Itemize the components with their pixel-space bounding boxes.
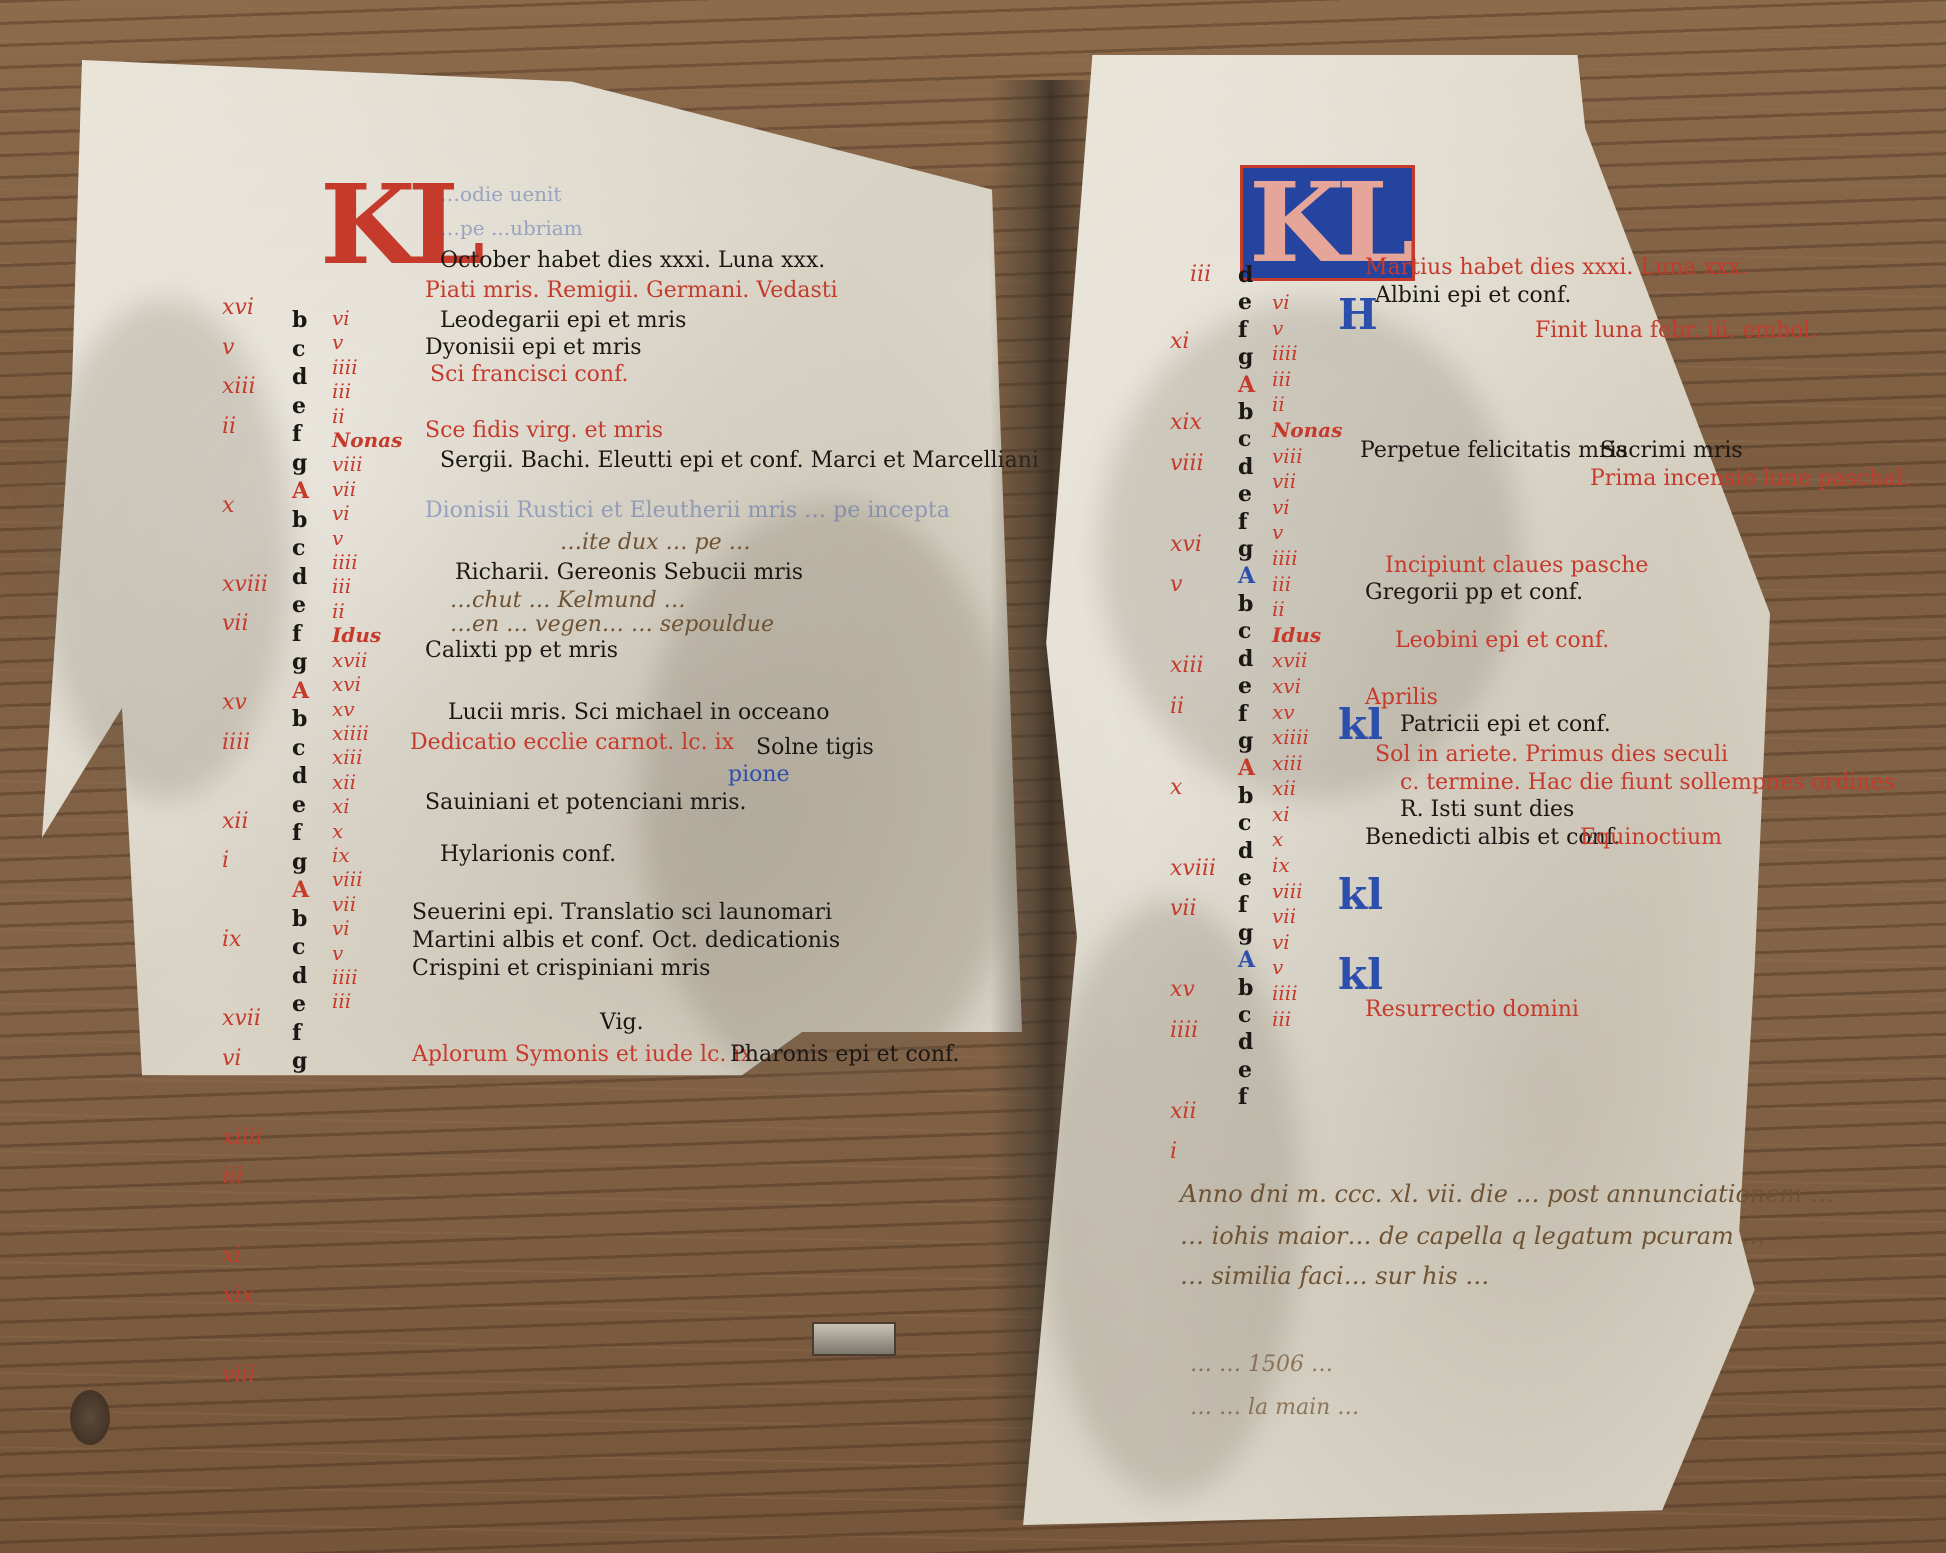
day-count: vi [332, 916, 402, 940]
day-count: viii [332, 867, 402, 891]
day-count: x [332, 819, 402, 843]
day-count: xiii [332, 745, 402, 769]
entry: Perpetue felicitatis mris [1360, 438, 1628, 463]
entry: Sce fidis virg. et mris [425, 418, 663, 443]
golden-number: xv [1170, 970, 1216, 1011]
dominical-letter: f [1238, 509, 1255, 536]
later-inscription-line: Anno dni m. ccc. xl. vii. die … post ann… [1180, 1180, 1834, 1208]
dominical-letter: f [1238, 701, 1255, 728]
entry-vigil: Vig. [600, 1010, 644, 1035]
golden-number: xii [222, 802, 268, 842]
day-count: vi [332, 306, 402, 330]
dominical-letter: g [1238, 344, 1255, 371]
golden-number: xix [1170, 403, 1216, 444]
golden-number: xi [222, 1236, 268, 1276]
entry: Dyonisii epi et mris [425, 335, 642, 360]
day-count: vi [1272, 930, 1342, 956]
kl-blue-mark: H [1338, 290, 1378, 339]
golden-number: xvi [1170, 525, 1216, 566]
golden-number: iiii [222, 723, 268, 763]
dominical-letter-a: A [1238, 563, 1255, 590]
dominical-letter: c [1238, 1002, 1255, 1029]
dominical-letter-a: A [292, 876, 309, 905]
day-count: vi [332, 501, 402, 525]
entry: Leodegarii epi et mris [440, 308, 686, 333]
day-count: ii [1272, 392, 1342, 418]
day-count: viii [332, 452, 402, 476]
golden-number: xii [1170, 1092, 1216, 1133]
golden-number: iii [1190, 262, 1211, 287]
dominical-letter: d [292, 363, 309, 392]
entry: Sergii. Bachi. Eleutti epi et conf. Marc… [440, 448, 1039, 473]
day-count: xv [332, 697, 402, 721]
day-count: xi [332, 794, 402, 818]
golden-number: xviii [1170, 849, 1216, 890]
day-count: xii [1272, 776, 1342, 802]
side-note: Prima incensio lune paschal. [1590, 466, 1910, 491]
idus-marker: Idus [1272, 623, 1342, 649]
golden-number: x [1170, 768, 1216, 809]
day-count: iii [332, 574, 402, 598]
dominical-letter: g [292, 848, 309, 877]
day-count: iiii [1272, 341, 1342, 367]
dominical-letter: f [292, 420, 309, 449]
golden-number: xiiii [222, 1118, 268, 1158]
day-count: xii [332, 770, 402, 794]
day-count: xi [1272, 802, 1342, 828]
golden-number: ii [222, 407, 268, 447]
idus-marker: Idus [332, 623, 402, 647]
day-count: v [1272, 955, 1342, 981]
dominical-letter: d [1238, 1029, 1255, 1056]
entry: Resurrectio domini [1365, 997, 1579, 1022]
dominical-letters-left: b c d e f g A b c d e f g A b c d e f g … [292, 306, 309, 1076]
entry-month-rubric: October habet dies xxxi. Luna xxx. [440, 248, 825, 273]
day-count: iii [332, 379, 402, 403]
dominical-letter: e [1238, 289, 1255, 316]
entry: Aplorum Symonis et iude lc. ix [412, 1042, 753, 1067]
kl-blue-mark: kl [1338, 950, 1383, 999]
golden-numbers-left: xvi v xiii ii x xviii vii xv iiii xii i … [222, 288, 268, 1394]
dominical-letters-right: d e f g A b c d e f g A b c d e f g A b … [1238, 262, 1255, 1112]
dominical-letter: b [1238, 975, 1255, 1002]
day-count: vii [332, 477, 402, 501]
dominical-letter: f [292, 1019, 309, 1048]
day-count: ii [332, 599, 402, 623]
kl-blue-mark: kl [1338, 870, 1383, 919]
entry: Leobini epi et conf. [1395, 628, 1609, 653]
day-count: iii [1272, 367, 1342, 393]
metal-plate [812, 1322, 896, 1356]
roman-day-counts-right: vi v iiii iii ii Nonas viii vii vi v iii… [1272, 290, 1342, 1032]
day-count: xvi [332, 672, 402, 696]
entry-month-rubric: Martius habet dies xxxi. Luna xxx. [1365, 255, 1748, 280]
day-count: xiiii [332, 721, 402, 745]
dominical-letter: c [292, 534, 309, 563]
entry: Hylarionis conf. [440, 842, 616, 867]
dominical-letter: c [292, 335, 309, 364]
golden-number: v [1170, 565, 1216, 606]
later-inscription-line: … similia faci… sur his … [1180, 1262, 1489, 1290]
dominical-letter: d [292, 962, 309, 991]
dominical-letter: f [292, 819, 309, 848]
side-note: Equinoctium [1580, 825, 1722, 850]
golden-number: xiii [222, 367, 268, 407]
dominical-letter: d [292, 563, 309, 592]
side-note: pione [728, 762, 790, 787]
day-count: viii [1272, 879, 1342, 905]
golden-numbers-right: xi xix viii xvi v xiii ii x xviii vii xv… [1170, 322, 1216, 1173]
entry: Patricii epi et conf. [1400, 712, 1611, 737]
day-count: vii [332, 892, 402, 916]
marginal-note: …en … vegen… … sepouldue [450, 612, 774, 637]
roman-day-counts-left: vi v iiii iii ii Nonas viii vii vi v iii… [332, 306, 402, 1014]
day-count: vi [1272, 290, 1342, 316]
entry: Sauiniani et potenciani mris. [425, 790, 747, 815]
dominical-letter: f [1238, 892, 1255, 919]
dominical-letter: e [1238, 1057, 1255, 1084]
golden-number: iiii [1170, 1011, 1216, 1052]
dominical-letter: c [292, 933, 309, 962]
dominical-letter: d [1238, 262, 1255, 289]
golden-number: viii [1170, 444, 1216, 485]
day-count: xvii [1272, 648, 1342, 674]
dominical-letter: b [292, 905, 309, 934]
day-count: iiii [332, 550, 402, 574]
dominical-letter: c [1238, 426, 1255, 453]
nonas-marker: Nonas [1272, 418, 1342, 444]
day-count: ix [1272, 853, 1342, 879]
golden-number: xi [1170, 322, 1216, 363]
dominical-letter: g [292, 648, 309, 677]
golden-number: ix [222, 920, 268, 960]
entry: Sci francisci conf. [430, 362, 628, 387]
later-inscription-line: … iohis maior… de capella q legatum pcur… [1180, 1222, 1765, 1250]
entry: Piati mris. Remigii. Germani. Vedasti [425, 278, 838, 303]
dominical-letter: d [292, 762, 309, 791]
day-count: vii [1272, 904, 1342, 930]
dominical-letter-a: A [1238, 372, 1255, 399]
dominical-letter: f [292, 620, 309, 649]
golden-number: vi [222, 1039, 268, 1079]
golden-number: xix [222, 1276, 268, 1316]
golden-number: xvi [222, 288, 268, 328]
entry: Albini epi et conf. [1375, 283, 1571, 308]
golden-number: xviii [222, 565, 268, 605]
entry: Gregorii pp et conf. [1365, 580, 1583, 605]
day-count: iiii [1272, 546, 1342, 572]
entry: Crispini et crispiniani mris [412, 956, 710, 981]
entry: Lucii mris. Sci michael in occeano [448, 700, 829, 725]
dominical-letter: b [1238, 783, 1255, 810]
dominical-letter: e [1238, 673, 1255, 700]
faint-line: …pe ...ubriam [440, 212, 583, 246]
entry: Richarii. Gereonis Sebucii mris [455, 560, 803, 585]
day-count: xiii [1272, 751, 1342, 777]
day-count: viii [1272, 444, 1342, 470]
dominical-letter-a: A [1238, 755, 1255, 782]
dominical-letter: c [1238, 618, 1255, 645]
golden-number: xiii [1170, 646, 1216, 687]
day-count: ii [332, 404, 402, 428]
dominical-letter: d [1238, 454, 1255, 481]
day-count: xiiii [1272, 725, 1342, 751]
dominical-letter: b [1238, 399, 1255, 426]
golden-number: iii [222, 1157, 268, 1197]
golden-number: v [222, 328, 268, 368]
faint-heading-lines: …odie uenit …pe ...ubriam [440, 178, 583, 245]
dominical-letter: e [292, 591, 309, 620]
day-count: v [1272, 520, 1342, 546]
golden-number: vii [1170, 889, 1216, 930]
golden-number: i [222, 841, 268, 881]
golden-number: viii [222, 1355, 268, 1395]
dominical-letter: d [1238, 646, 1255, 673]
dominical-letter: b [1238, 591, 1255, 618]
bottom-scrawl: … … 1506 … [1190, 1352, 1333, 1377]
dominical-letter: c [292, 734, 309, 763]
marginal-note: …chut … Kelmund … [450, 588, 686, 613]
day-count: iii [1272, 572, 1342, 598]
golden-number: ii [1170, 687, 1216, 728]
day-count: vii [1272, 469, 1342, 495]
dominical-letter-a: A [1238, 947, 1255, 974]
dominical-letter-a: A [292, 677, 309, 706]
day-count: xv [1272, 700, 1342, 726]
golden-number: xv [222, 683, 268, 723]
dominical-letter: g [1238, 536, 1255, 563]
day-count: v [332, 526, 402, 550]
dominical-letter: c [1238, 810, 1255, 837]
dominical-letter: f [1238, 1084, 1255, 1111]
dominical-letter: b [292, 506, 309, 535]
entry: Martini albis et conf. Oct. dedicationis [412, 928, 840, 953]
wood-knot [70, 1390, 110, 1445]
entry-april-marker: Aprilis [1365, 685, 1438, 710]
entry: Calixti pp et mris [425, 638, 618, 663]
golden-number: x [222, 486, 268, 526]
side-note: Pharonis epi et conf. [730, 1042, 959, 1067]
golden-number: vii [222, 604, 268, 644]
dominical-letter: g [292, 449, 309, 478]
day-count: iiii [332, 965, 402, 989]
day-count: v [1272, 316, 1342, 342]
day-count: iiii [332, 355, 402, 379]
dominical-letter: b [292, 705, 309, 734]
day-count: v [332, 330, 402, 354]
marginal-note: …ite dux … pe … [560, 530, 751, 555]
bottom-scrawl: … … la main … [1190, 1395, 1359, 1420]
dominical-letter: e [292, 990, 309, 1019]
dominical-letter-a: A [292, 477, 309, 506]
dominical-letter: e [292, 791, 309, 820]
entry: Seuerini epi. Translatio sci launomari [412, 900, 832, 925]
dominical-letter: b [292, 306, 309, 335]
side-note: Solne tigis [756, 735, 874, 760]
nonas-marker: Nonas [332, 428, 402, 452]
faint-line: …odie uenit [440, 178, 583, 212]
entry-erased: Dionisii Rustici et Eleutherii mris … pe… [425, 498, 950, 523]
day-count: iiii [1272, 981, 1342, 1007]
dominical-letter: e [292, 392, 309, 421]
golden-number: xvii [222, 999, 268, 1039]
dominical-letter: g [1238, 728, 1255, 755]
dominical-letter: e [1238, 865, 1255, 892]
dominical-letter: d [1238, 838, 1255, 865]
day-count: xvii [332, 648, 402, 672]
day-count: ii [1272, 597, 1342, 623]
entry: Incipiunt claues pasche [1385, 553, 1648, 578]
side-note: Finit luna febr. iii. embol. [1535, 318, 1818, 343]
dominical-letter: f [1238, 317, 1255, 344]
entry: Sol in ariete. Primus dies seculi [1375, 742, 1728, 767]
day-count: iii [1272, 1007, 1342, 1033]
dominical-letter: g [292, 1047, 309, 1076]
entry: Dedicatio ecclie carnot. lc. ix [410, 730, 734, 755]
day-count: ix [332, 843, 402, 867]
day-count: x [1272, 827, 1342, 853]
day-count: vi [1272, 495, 1342, 521]
golden-number: i [1170, 1132, 1216, 1173]
dominical-letter: e [1238, 481, 1255, 508]
day-count: xvi [1272, 674, 1342, 700]
side-note: Sacrimi mris [1600, 438, 1743, 463]
dominical-letter: g [1238, 920, 1255, 947]
entry: c. termine. Hac die fiunt sollempnes ord… [1400, 770, 1895, 795]
day-count: v [332, 941, 402, 965]
entry: R. Isti sunt dies [1400, 797, 1574, 822]
day-count: iii [332, 989, 402, 1013]
